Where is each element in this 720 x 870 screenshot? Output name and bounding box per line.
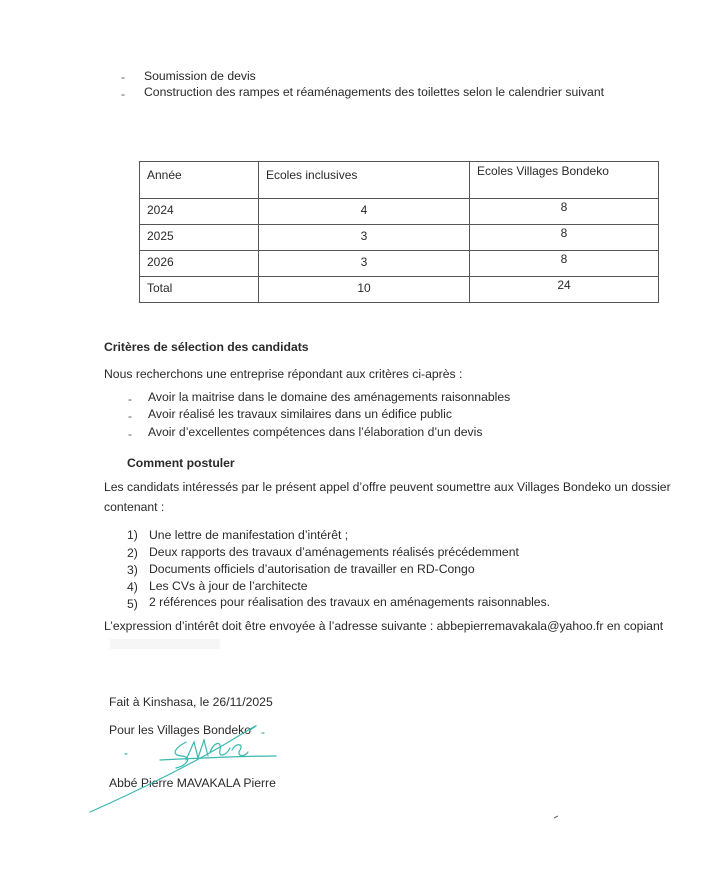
signature-icon [0,0,720,870]
